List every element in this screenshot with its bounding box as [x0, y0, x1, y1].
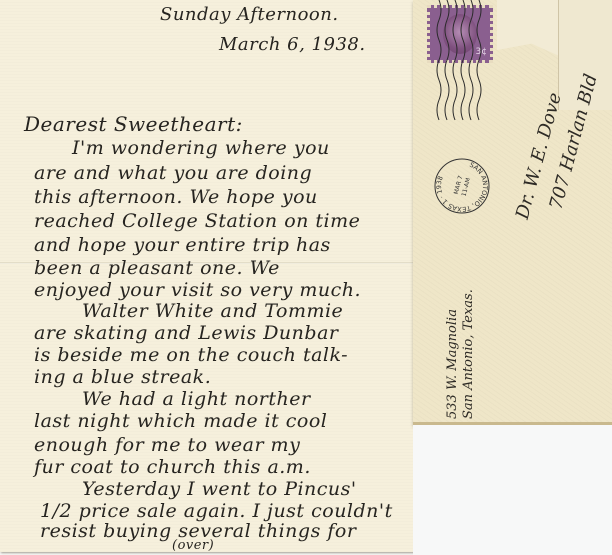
letter-line: last night which made it cool — [34, 410, 327, 432]
letter-line: We had a light norther — [82, 388, 311, 410]
postmark-icon: SAN ANTONIO, TEXAS 1 · 1938 MAR 7 11-AM — [433, 157, 491, 215]
letter-line: are and what you are doing — [34, 162, 312, 184]
letter-line: ing a blue streak. — [34, 366, 211, 388]
continuation-note: (over) — [172, 538, 214, 553]
salutation: Dearest Sweetheart: — [24, 112, 243, 136]
letter-line: enjoyed your visit so very much. — [34, 279, 361, 301]
letter-sheet: Sunday Afternoon. March 6, 1938. Dearest… — [0, 0, 414, 552]
wavy-cancel-icon — [435, 0, 495, 130]
return-address: 533 W. Magnolia San Antonio, Texas. — [445, 239, 477, 419]
letter-line: and hope your entire trip has — [34, 234, 331, 256]
letter-line: are skating and Lewis Dunbar — [34, 322, 338, 344]
envelope: 3¢ SAN ANTONIO, TEXAS 1 · 1938 MAR 7 11-… — [413, 0, 612, 425]
letter-day: Sunday Afternoon. — [160, 4, 339, 25]
scan-background — [413, 425, 612, 555]
return-address-line2: San Antonio, Texas. — [461, 239, 477, 419]
svg-text:SAN ANTONIO, TEXAS 1 · 1938: SAN ANTONIO, TEXAS 1 · 1938 — [433, 157, 491, 215]
recipient-address: Dr. W. E. Dove 707 Harlan Bld — [508, 63, 607, 231]
letter-line: Walter White and Tommie — [82, 300, 343, 322]
letter-line: I'm wondering where you — [72, 137, 330, 159]
letter-line: is beside me on the couch talk- — [34, 344, 348, 366]
letter-date: March 6, 1938. — [219, 34, 366, 55]
letter-line: enough for me to wear my — [34, 434, 300, 456]
letter-line: Yesterday I went to Pincus' — [82, 478, 357, 500]
letter-line: been a pleasant one. We — [34, 257, 280, 279]
letter-line: reached College Station on time — [34, 210, 360, 232]
letter-line: fur coat to church this a.m. — [34, 456, 311, 478]
return-address-line1: 533 W. Magnolia — [445, 239, 461, 419]
letter-line: this afternoon. We hope you — [34, 186, 318, 208]
letter-line: 1/2 price sale again. I just couldn't — [40, 500, 393, 522]
